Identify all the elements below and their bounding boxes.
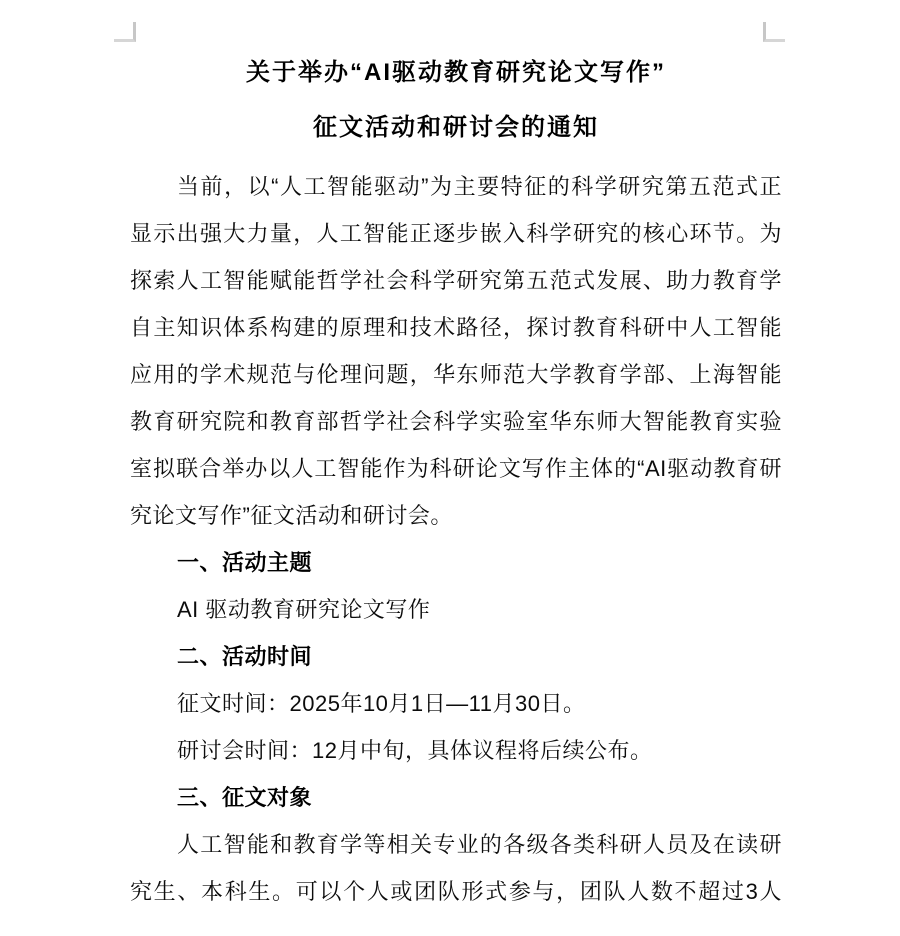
text-line: 征文时间：2025年10月1日—11月30日。 bbox=[130, 680, 782, 727]
text-line: 究论文写作”征文活动和研讨会。 bbox=[130, 492, 782, 539]
text-line: AI 驱动教育研究论文写作 bbox=[130, 586, 782, 633]
section-heading-3: 三、征文对象 bbox=[130, 774, 782, 821]
text-line: 研讨会时间：12月中旬，具体议程将后续公布。 bbox=[130, 727, 782, 774]
text-line: 显示出强大力量，人工智能正逐步嵌入科学研究的核心环节。为 bbox=[130, 210, 782, 257]
section-heading-1: 一、活动主题 bbox=[130, 539, 782, 586]
document-title-line-2: 征文活动和研讨会的通知 bbox=[130, 100, 782, 155]
document-title: 关于举办“AI驱动教育研究论文写作” 征文活动和研讨会的通知 bbox=[130, 45, 782, 155]
margin-corner-mark-left bbox=[114, 22, 136, 42]
text-line: 当前，以“人工智能驱动”为主要特征的科学研究第五范式正 bbox=[130, 163, 782, 210]
document-title-line-1: 关于举办“AI驱动教育研究论文写作” bbox=[130, 45, 782, 100]
text-line: 室拟联合举办以人工智能作为科研论文写作主体的“AI驱动教育研 bbox=[130, 445, 782, 492]
text-line: 应用的学术规范与伦理问题，华东师范大学教育学部、上海智能 bbox=[130, 351, 782, 398]
document-page: { "document": { "title": { "line1": "关于举… bbox=[0, 0, 900, 936]
text-line: 人工智能和教育学等相关专业的各级各类科研人员及在读研 bbox=[130, 821, 782, 868]
margin-corner-mark-right bbox=[763, 22, 785, 42]
text-line: 究生、本科生。可以个人或团队形式参与，团队人数不超过3人 bbox=[130, 868, 782, 915]
text-line: 教育研究院和教育部哲学社会科学实验室华东师大智能教育实验 bbox=[130, 398, 782, 445]
document-body: 当前，以“人工智能驱动”为主要特征的科学研究第五范式正 显示出强大力量，人工智能… bbox=[130, 163, 782, 915]
section-heading-2: 二、活动时间 bbox=[130, 633, 782, 680]
text-line: 自主知识体系构建的原理和技术路径，探讨教育科研中人工智能 bbox=[130, 304, 782, 351]
text-line: 探索人工智能赋能哲学社会科学研究第五范式发展、助力教育学 bbox=[130, 257, 782, 304]
